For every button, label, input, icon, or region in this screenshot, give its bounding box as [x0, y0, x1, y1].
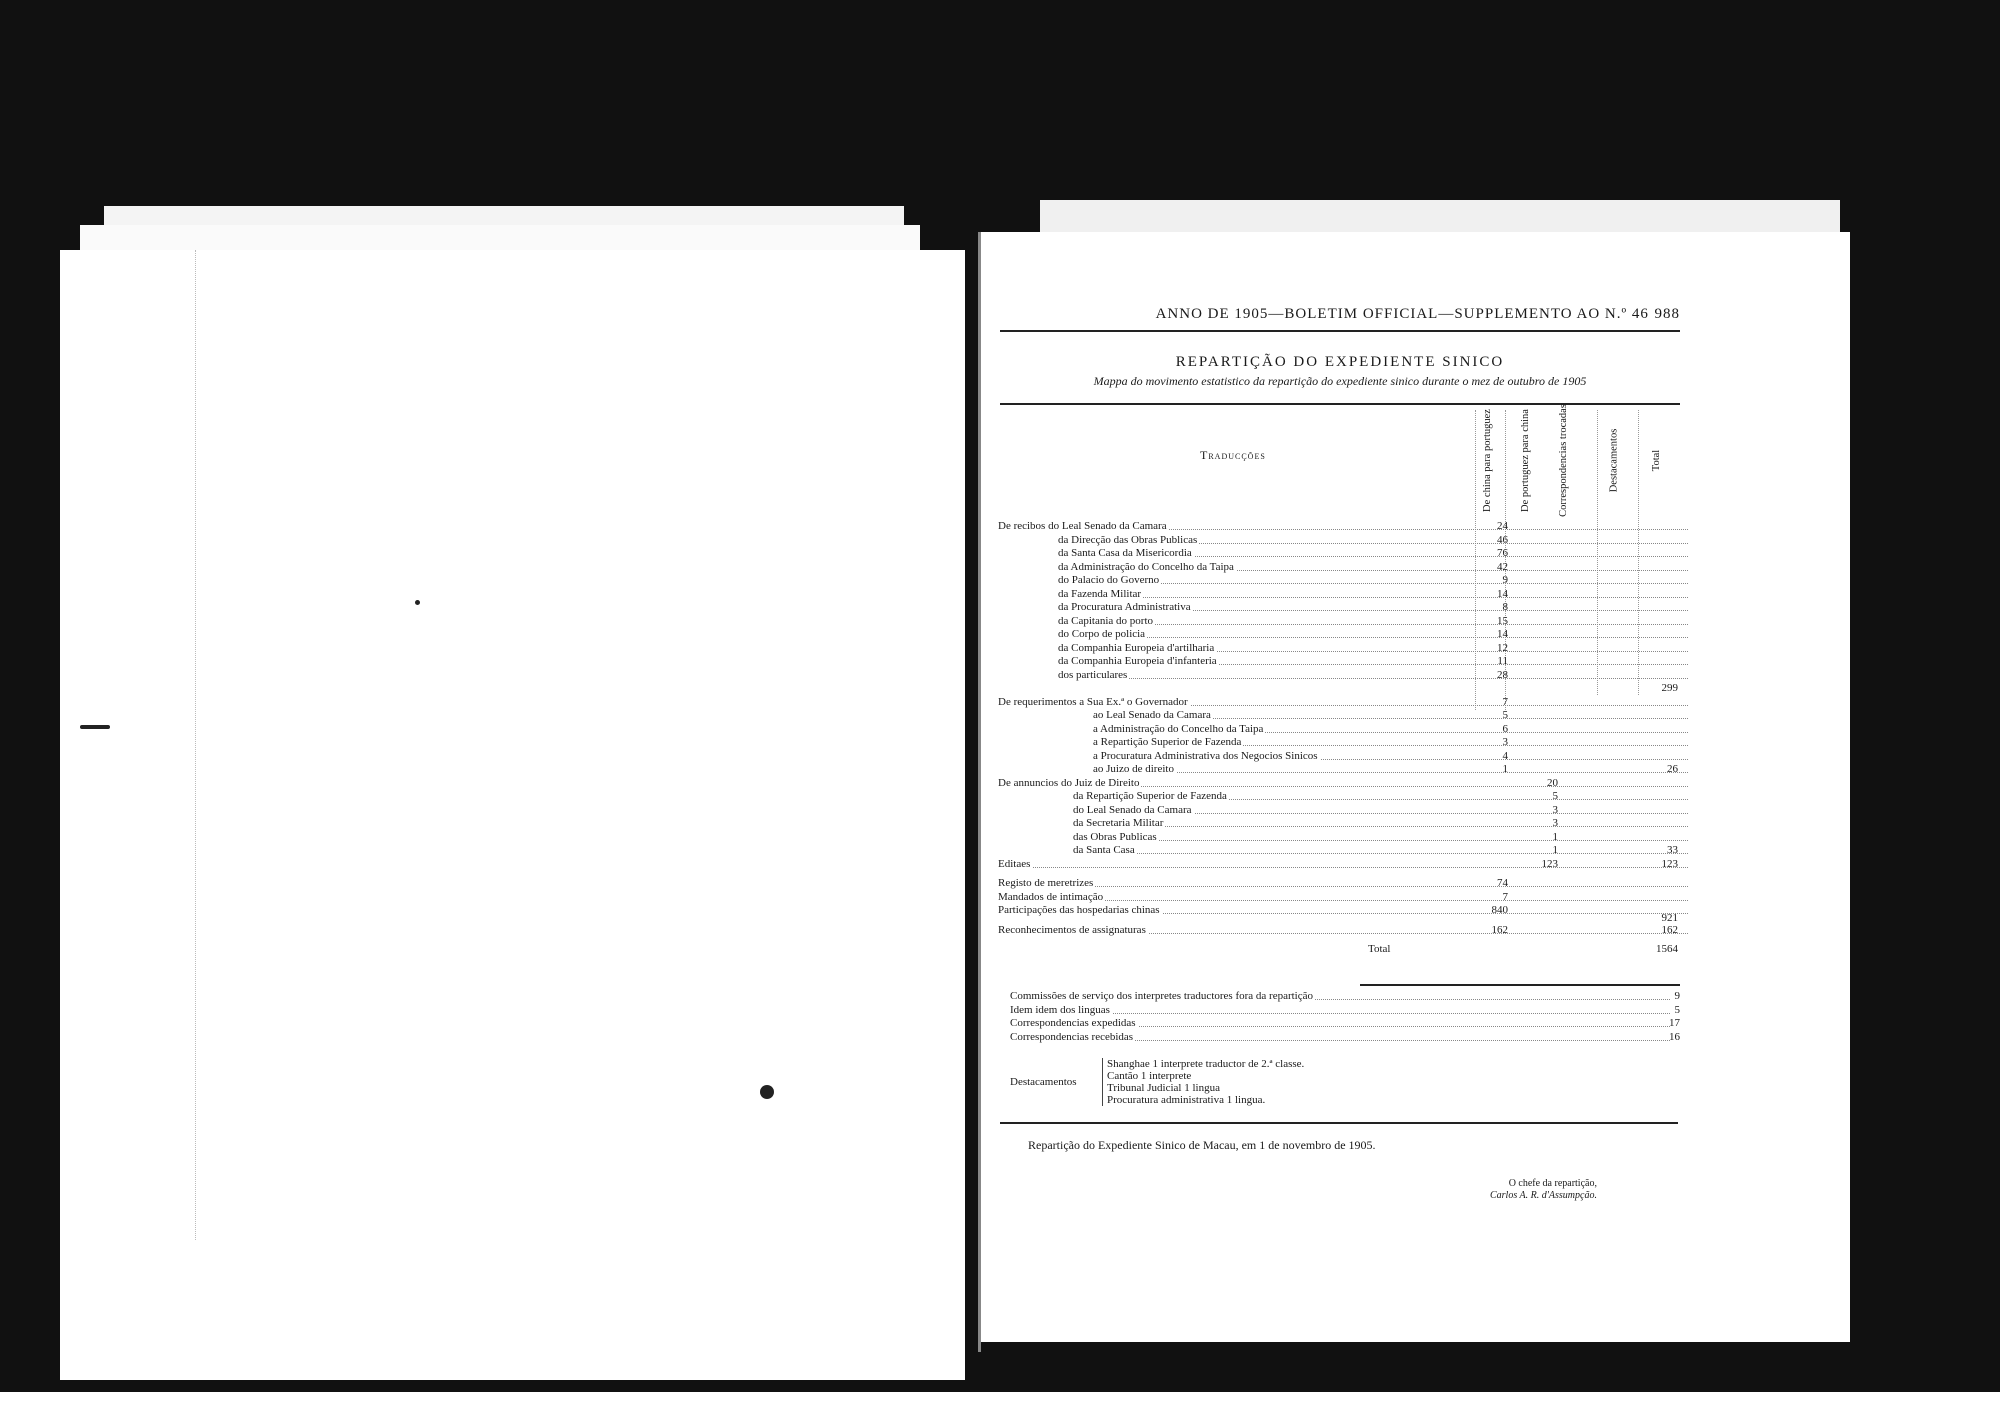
table-row: Participações das hospedarias chinas8409…	[998, 904, 1688, 918]
table-row: do Corpo de policia14	[998, 628, 1688, 642]
destacamento-item: Tribunal Judicial 1 lingua	[1107, 1082, 1304, 1094]
column-header-destacamentos: Destacamentos	[1597, 410, 1631, 510]
destacamentos-label: Destacamentos	[1010, 1076, 1077, 1088]
document-subtitle: Mappa do movimento estatistico da repart…	[1000, 374, 1680, 389]
table-row: De requerimentos a Sua Ex.ª o Governador…	[998, 696, 1688, 710]
statistics-table: De recibos do Leal Senado da Camara24 da…	[998, 520, 1688, 957]
grand-total-row: Total1564	[998, 943, 1688, 957]
column-header-total: Total	[1640, 410, 1674, 510]
department-title: REPARTIÇÃO DO EXPEDIENTE SINICO	[1000, 354, 1680, 371]
ink-mark	[80, 725, 110, 729]
signature-role: O chefe da repartição,	[1490, 1178, 1597, 1190]
destacamento-item: Shanghae 1 interprete traductor de 2.ª c…	[1107, 1058, 1304, 1070]
title-rule	[1000, 403, 1680, 405]
table-row: a Administração do Concelho da Taipa6	[998, 723, 1688, 737]
table-row: da Fazenda Militar14	[998, 588, 1688, 602]
ink-spot	[760, 1085, 774, 1099]
stats-row: Commissões de serviço dos interpretes tr…	[1010, 990, 1690, 1004]
table-row: ao Leal Senado da Camara5	[998, 709, 1688, 723]
table-row: das Obras Publicas1	[998, 831, 1688, 845]
table-row: dos particulares28	[998, 669, 1688, 683]
table-row: da Companhia Europeia d'infanteria11	[998, 655, 1688, 669]
stats-row: Correspondencias expedidas17	[1010, 1017, 1690, 1031]
table-row: a Repartição Superior de Fazenda3	[998, 736, 1688, 750]
group-total-row: 299	[998, 682, 1688, 696]
destacamento-item: Cantão 1 interprete	[1107, 1070, 1304, 1082]
table-row: De recibos do Leal Senado da Camara24	[998, 520, 1688, 534]
footer-place-date: Repartição do Expediente Sinico de Macau…	[1028, 1138, 1376, 1153]
page-number: 988	[1655, 306, 1681, 323]
running-header: ANNO DE 1905—BOLETIM OFFICIAL—SUPPLEMENT…	[1000, 306, 1680, 323]
reconhecimentos-row: Reconhecimentos de assignaturas162162	[998, 924, 1688, 938]
signature-block: O chefe da repartição, Carlos A. R. d'As…	[1490, 1178, 1597, 1202]
table-row: Registo de meretrizes74	[998, 877, 1688, 891]
running-title: ANNO DE 1905—BOLETIM OFFICIAL—SUPPLEMENT…	[1000, 306, 1655, 323]
header-rule	[1000, 330, 1680, 332]
editaes-row: Editaes123123	[998, 858, 1688, 872]
stats-row: Correspondencias recebidas16	[1010, 1031, 1690, 1045]
table-row: da Administração do Concelho da Taipa42	[998, 561, 1688, 575]
column-header-correspondencias: Correspondencias trocadas	[1546, 410, 1580, 510]
left-page-margin-rule	[195, 250, 197, 1240]
signature-name: Carlos A. R. d'Assumpção.	[1490, 1190, 1597, 1202]
table-row: Mandados de intimação7	[998, 891, 1688, 905]
ink-spot	[415, 600, 420, 605]
table-row: da Procuratura Administrativa8	[998, 601, 1688, 615]
section-label: Traducções	[1200, 448, 1266, 463]
table-row: a Procuratura Administrativa dos Negocio…	[998, 750, 1688, 764]
page-gutter	[978, 232, 981, 1352]
table-row: da Repartição Superior de Fazenda5	[998, 790, 1688, 804]
total-rule	[1360, 984, 1680, 986]
stats-row: Idem idem dos linguas5	[1010, 1004, 1690, 1018]
service-stats: Commissões de serviço dos interpretes tr…	[1010, 990, 1690, 1044]
table-row: da Santa Casa133	[998, 844, 1688, 858]
table-row: da Direcção das Obras Publicas46	[998, 534, 1688, 548]
table-row: do Palacio do Governo9	[998, 574, 1688, 588]
table-row: ao Juizo de direito126	[998, 763, 1688, 777]
column-header-portuguez-china: De portuguez para china	[1508, 410, 1542, 510]
destacamento-item: Procuratura administrativa 1 lingua.	[1107, 1094, 1304, 1106]
table-row: do Leal Senado da Camara3	[998, 804, 1688, 818]
scanner-bottom-strip	[0, 1392, 2000, 1406]
table-row: da Santa Casa da Misericordia76	[998, 547, 1688, 561]
table-row: da Companhia Europeia d'artilharia12	[998, 642, 1688, 656]
footer-rule	[1000, 1122, 1678, 1124]
table-row: De annuncios do Juiz de Direito20	[998, 777, 1688, 791]
table-row: da Capitania do porto15	[998, 615, 1688, 629]
table-row: da Secretaria Militar3	[998, 817, 1688, 831]
